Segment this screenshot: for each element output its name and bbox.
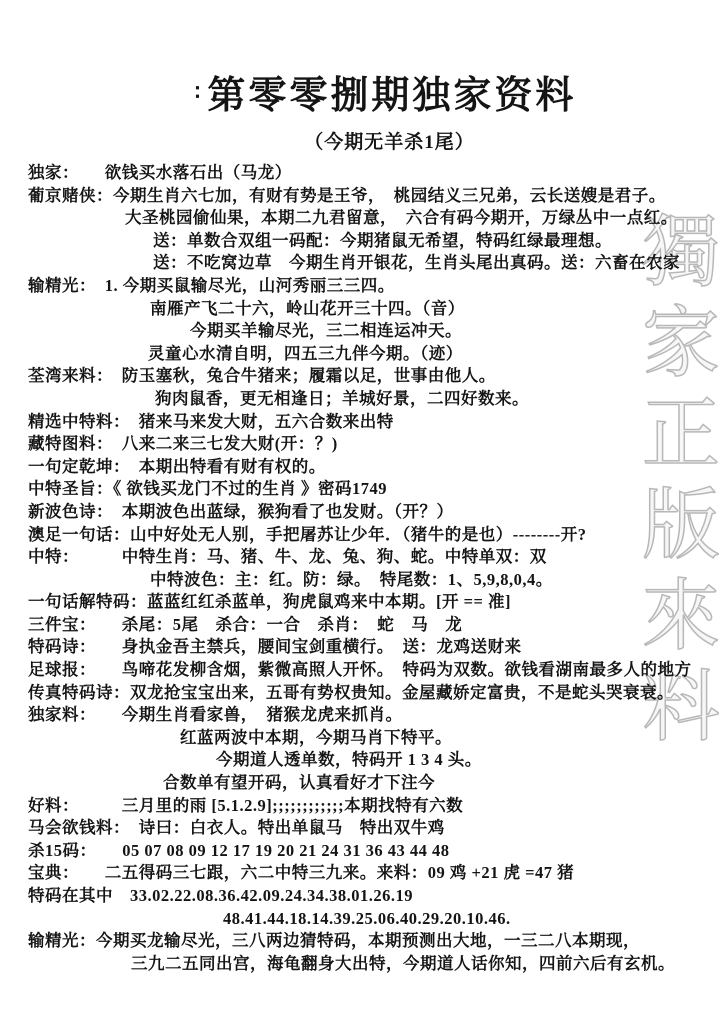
doc-line: 狗肉鼠香，更无相逢日；羊城好景，二四好数来。	[28, 388, 717, 411]
doc-line: 藏特图料： 八来二来三七发大财(开：？)	[28, 433, 717, 456]
doc-line: 新波色诗： 本期波色出蓝绿，猴狗看了也发财。（开？）	[28, 501, 717, 524]
page-subtitle: （今期无羊杀1尾）	[0, 127, 723, 154]
doc-line: 澳足一句话：山中好处无人别，手把屠苏让少年．（猪牛的是也）--------开?	[28, 524, 717, 547]
doc-line: 杀15码： 05 07 08 09 12 17 19 20 21 24 31 3…	[28, 840, 717, 863]
doc-line: 特码在其中 33.02.22.08.36.42.09.24.34.38.01.2…	[28, 885, 717, 908]
doc-line: 输精光：今期买龙输尽光，三八两边猜特码，本期预测出大地，一三二八本期现，	[28, 930, 717, 953]
doc-line: 中特波色：主：红。防：绿。 特尾数：1、5,9,8,0,4。	[28, 569, 717, 592]
doc-line: 马会欲钱料： 诗曰：白衣人。特出单鼠马 特出双牛鸡	[28, 817, 717, 840]
doc-line: 合数单有望开码，认真看好才下注今	[28, 772, 717, 795]
page-title: ∶第零零捌期独家资料	[0, 64, 723, 119]
doc-line: 送：不吃窝边草 今期生肖开银花，生肖头尾出真码。送：六畜在农家	[28, 252, 717, 275]
doc-line: 输精光： 1. 今期买鼠输尽光，山河秀丽三三四。	[28, 275, 717, 298]
doc-line: 灵童心水清自明，四五三九伴今期。（迹）	[28, 343, 717, 366]
page-title-text: 第零零捌期独家资料	[207, 75, 576, 117]
doc-line: 精选中特料： 猪来马来发大财，五六合数来出特	[28, 411, 717, 434]
doc-line: 大圣桃园偷仙果，本期二九君留意， 六合有码今期开，万绿丛中一点红。	[28, 207, 717, 230]
doc-line: 三件宝： 杀尾：5尾 杀合：一合 杀肖： 蛇 马 龙	[28, 614, 717, 637]
doc-line: 葡京赌侠：今期生肖六七加，有财有势是王爷， 桃园结义三兄弟，云长送嫂是君子。	[28, 185, 717, 208]
doc-line: 荃湾来料： 防玉塞秋，兔合牛猪来；履霜以足，世事由他人。	[28, 365, 717, 388]
document-page: 獨家正版來料 ∶第零零捌期独家资料 （今期无羊杀1尾） 独家： 欲钱买水落石出（…	[0, 0, 723, 1024]
doc-line: 红蓝两波中本期，今期马肖下特平。	[28, 727, 717, 750]
doc-line: 足球报： 鸟啼花发柳含烟，紫微高照人开怀。 特码为双数。欲钱看湖南最多人的地方	[28, 659, 717, 682]
title-clipped-fragment: ∶	[195, 80, 204, 105]
doc-line: 一句话解特码：蓝蓝红红杀蓝单，狗虎鼠鸡来中本期。[开 == 准]	[28, 591, 717, 614]
doc-line: 南雁产飞二十六，岭山花开三十四。（音）	[28, 298, 717, 321]
doc-line: 今期买羊输尽光，三二相连运冲天。	[28, 320, 717, 343]
doc-line: 中特： 中特生肖：马、猪、牛、龙、兔、狗、蛇。中特单双：双	[28, 546, 717, 569]
doc-line: 传真特码诗：双龙抢宝宝出来，五哥有势权贵知。金屋藏娇定富贵，不是蛇头哭衰衰。	[28, 682, 717, 705]
doc-line: 宝典： 二五得码三七跟，六二中特三九来。来料：09 鸡 +21 虎 =47 猪	[28, 862, 717, 885]
doc-line: 好料： 三月里的雨 [5.1.2.9];;;;;;;;;;;;本期找特有六数	[28, 795, 717, 818]
doc-line: 送：单数合双组一码配：今期猪鼠无希望，特码红绿最理想。	[28, 230, 717, 253]
doc-line: 特码诗： 身执金吾主禁兵，腰间宝剑重横行。 送：龙鸡送财来	[28, 636, 717, 659]
doc-line: 独家料： 今期生肖看家兽， 猪猴龙虎来抓肖。	[28, 704, 717, 727]
doc-line: 独家： 欲钱买水落石出（马龙）	[28, 162, 717, 185]
doc-line: 中特圣旨：《 欲钱买龙门不过的生肖 》密码1749	[28, 478, 717, 501]
doc-line: 三九二五同出宫，海龟翻身大出特，今期道人话你知，四前六后有玄机。	[28, 953, 717, 976]
doc-line: 今期道人透单数，特码开 1 3 4 头。	[28, 749, 717, 772]
doc-line: 一句定乾坤： 本期出特看有财有权的。	[28, 456, 717, 479]
document-lines: 独家： 欲钱买水落石出（马龙）葡京赌侠：今期生肖六七加，有财有势是王爷， 桃园结…	[0, 162, 723, 975]
doc-line: 48.41.44.18.14.39.25.06.40.29.20.10.46.	[28, 908, 717, 931]
